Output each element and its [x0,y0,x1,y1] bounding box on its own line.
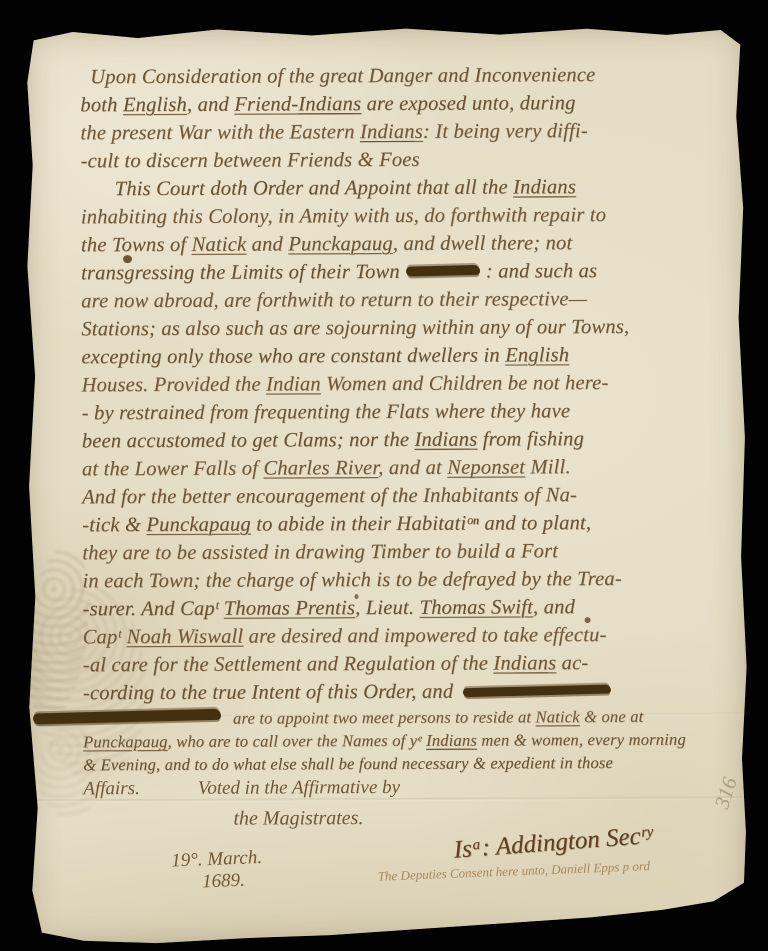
manuscript-line: Houses. Provided the Indian Women and Ch… [82,368,740,399]
line-text: inhabiting this Colony, in Amity with us… [81,204,606,228]
line-text: at the Lower Falls of Charles River, and… [82,456,571,480]
date-block: 19°. March. 1689. [171,847,263,895]
manuscript-body: Upon Consideration of the great Danger a… [22,24,749,776]
manuscript-line: are now abroad, are forthwith to return … [81,284,739,315]
manuscript-line: -cording to the true Intent of this Orde… [83,676,741,707]
line-text: excepting only those who are constant dw… [81,344,569,368]
line-text: the present War with the Eastern Indians… [80,120,587,144]
line-text: -al care for the Settlement and Regulati… [83,652,589,676]
manuscript-line: Stations; as also such as are sojourning… [81,312,739,343]
manuscript-line: Punckapaug, who are to call over the Nam… [83,727,741,753]
affairs-text: Affairs. [83,778,140,800]
manuscript-line: - by restrained from frequenting the Fla… [82,396,740,427]
line-text: & Evening, and to do what else shall be … [83,753,613,774]
manuscript-line: at the Lower Falls of Charles River, and… [82,452,740,483]
line-text: -tick & Punckapaug to abide in their Hab… [82,512,591,536]
manuscript-line: Capᵗ Noah Wiswall are desired and impowe… [83,620,741,651]
line-text: in each Town; the charge of which is to … [82,568,622,592]
manuscript-line: -tick & Punckapaug to abide in their Hab… [82,508,740,539]
manuscript-line: the present War with the Eastern Indians… [80,116,738,147]
line-text: : and such as [486,260,597,282]
line-text: This Court doth Order and Appoint that a… [115,176,576,200]
manuscript-line: & Evening, and to do what else shall be … [83,750,741,776]
manuscript-line: both English, and Friend-Indians are exp… [80,88,738,119]
magistrates-text: the Magistrates. [233,805,749,830]
line-text: been accustomed to get Clams; nor the In… [82,428,584,452]
line-text: -surer. And Capᵗ Thomas Prentis, Lieut. … [82,596,575,620]
manuscript-line: -surer. And Capᵗ Thomas Prentis, Lieut. … [82,592,740,623]
line-text: - by restrained from frequenting the Fla… [82,400,571,424]
closing-row: Affairs. Voted in the Affirmative by [25,775,749,800]
voted-affirmative-text: Voted in the Affirmative by [198,777,400,800]
date-day-month: 19°. March. [171,847,263,873]
manuscript-line: in each Town; the charge of which is to … [82,564,740,595]
line-text: -cording to the true Intent of this Orde… [83,681,453,705]
manuscript-line: inhabiting this Colony, in Amity with us… [81,200,739,231]
inked-out-scribble [33,709,221,725]
line-text: Capᵗ Noah Wiswall are desired and impowe… [83,624,607,648]
line-text: they are to be assisted in drawing Timbe… [82,540,558,564]
line-text: Stations; as also such as are sojourning… [81,316,629,340]
line-text: And for the better encouragement of the … [82,484,577,508]
manuscript-line: And for the better encouragement of the … [82,480,740,511]
line-text: both English, and Friend-Indians are exp… [80,92,575,116]
line-text: are to appoint two meet persons to resid… [233,707,644,728]
inked-out-scribble [406,265,480,277]
manuscript-line: -al care for the Settlement and Regulati… [83,648,741,679]
photo-background: Upon Consideration of the great Danger a… [0,0,768,951]
line-text: the Towns of Natick and Punckapaug, and … [81,232,573,256]
manuscript-line: Upon Consideration of the great Danger a… [80,60,738,91]
manuscript-line: been accustomed to get Clams; nor the In… [82,424,740,455]
line-text: are now abroad, are forthwith to return … [81,288,587,312]
line-text: Upon Consideration of the great Danger a… [90,64,595,88]
manuscript-line: This Court doth Order and Appoint that a… [81,172,739,203]
manuscript-line: they are to be assisted in drawing Timbe… [82,536,740,567]
date-year: 1689. [202,869,264,893]
manuscript-line: -cult to discern between Friends & Foes [81,144,739,175]
manuscript-line: the Towns of Natick and Punckapaug, and … [81,228,739,259]
manuscript-line: transgressing the Limits of their Town: … [81,256,739,287]
line-text: -cult to discern between Friends & Foes [81,149,420,172]
line-text: Houses. Provided the Indian Women and Ch… [82,372,609,396]
line-text: Punckapaug, who are to call over the Nam… [83,730,686,752]
inked-out-scribble [463,684,611,697]
manuscript-line: excepting only those who are constant dw… [81,340,739,371]
manuscript-line: are to appoint two meet persons to resid… [83,704,741,730]
manuscript-page: Upon Consideration of the great Danger a… [22,24,750,945]
line-text: transgressing the Limits of their Town [81,261,400,284]
